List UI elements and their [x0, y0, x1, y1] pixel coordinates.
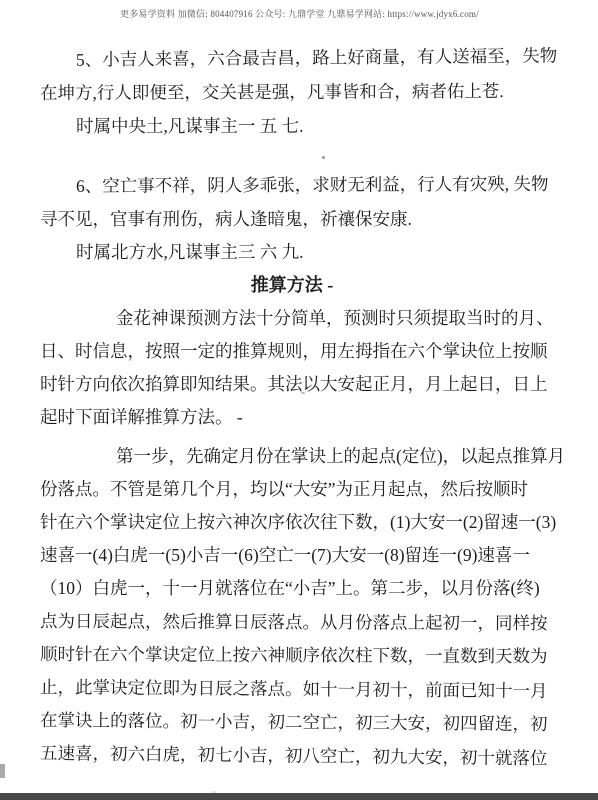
para-2-line: 针在六个掌诀定位上按六神次序依次往下数，(1)大安一(2)留速一(3)	[40, 506, 564, 539]
entry-6-line: 寻不见，官事有刑伤，病人逢暗鬼，祈禳保安康.	[40, 203, 564, 236]
watermark-header: 更多易学资料 加微信: 804407916 公众号: 九鼎学堂 九鼎易学网站: …	[120, 7, 479, 20]
entry-5-line: 时属中央土,凡谋事主一 五 七.	[40, 110, 564, 143]
paragraph-step-one: 第一步，先确定月份在掌诀上的起点(定位)，以起点推算月 份落点。不管是第几个月，…	[40, 440, 564, 770]
para-2-line: 止，此掌诀定位即为日辰之落点。如十一月初十，前面已知十一月	[40, 671, 564, 708]
scan-edge-mark	[0, 764, 5, 778]
entry-6-line: 6、空亡事不祥，阴人多乖张，求财无利益，行人有灾殃, 失物	[40, 168, 564, 203]
para-2-line: 五速喜，初六白虎，初七小吉，初八空亡，初九大安，初十就落位	[40, 737, 564, 775]
page-content: 5、小吉人来喜，六合最吉昌，路上好商量，有人送福至，失物 在坤方,行人即便至，交…	[40, 44, 564, 770]
entry-6-line: 时属北方水,凡谋事主三 六 九.	[40, 236, 564, 269]
entry-5-line: 在坤方,行人即便至，交关甚是强，凡事皆和合，病者佑上苍.	[40, 75, 564, 110]
scan-bottom-bar	[0, 793, 598, 800]
para-1-line: 金花神课预测方法十分简单，预测时只须提取当时的月、	[40, 302, 564, 335]
scan-speck	[301, 392, 305, 394]
para-1-line: 日、时信息，按照一定的推算规则，用左拇指在六个掌诀位上按顺	[40, 335, 564, 368]
entry-5: 5、小吉人来喜，六合最吉昌，路上好商量，有人送福至，失物 在坤方,行人即便至，交…	[40, 44, 564, 143]
entry-5-line: 5、小吉人来喜，六合最吉昌，路上好商量，有人送福至，失物	[40, 39, 564, 77]
para-2-line: （10）白虎一，十一月就落位在“小吉”上。第二步，以月份落(终)	[40, 572, 564, 605]
para-2-line: 点为日辰起点，然后推算日辰落点。从月份落点上起初一，同样按	[40, 605, 564, 640]
section-heading: 推算方法 -	[30, 269, 554, 302]
para-2-line: 在掌诀上的落位。初一小吉，初二空亡，初三大安，初四留连，初	[40, 704, 564, 741]
para-2-line: 速喜一(4)白虎一(5)小吉一(6)空亡一(7)大安一(8)留连一(9)速喜一	[40, 539, 564, 572]
scanned-page: 更多易学资料 加微信: 804407916 公众号: 九鼎学堂 九鼎易学网站: …	[0, 0, 598, 800]
paragraph-intro: 金花神课预测方法十分简单，预测时只须提取当时的月、 日、时信息，按照一定的推算规…	[40, 302, 564, 434]
entry-6: 6、空亡事不祥，阴人多乖张，求财无利益，行人有灾殃, 失物 寻不见，官事有刑伤，…	[40, 170, 564, 269]
para-2-line: 顺时针在六个掌诀定位上按六神顺序依次柱下数，一直数到天数为	[40, 638, 564, 673]
para-2-line: 份落点。不管是第几个月，均以“大安”为正月起点，然后按顺时	[40, 473, 564, 506]
scan-speck	[322, 156, 325, 159]
para-1-line: 起时下面详解推算方法。 -	[40, 401, 564, 434]
para-2-line: 第一步，先确定月份在掌诀上的起点(定位)，以起点推算月	[40, 440, 564, 473]
para-1-line: 时针方向依次掐算即知结果。其法以大安起正月，月上起日，日上	[40, 368, 564, 401]
